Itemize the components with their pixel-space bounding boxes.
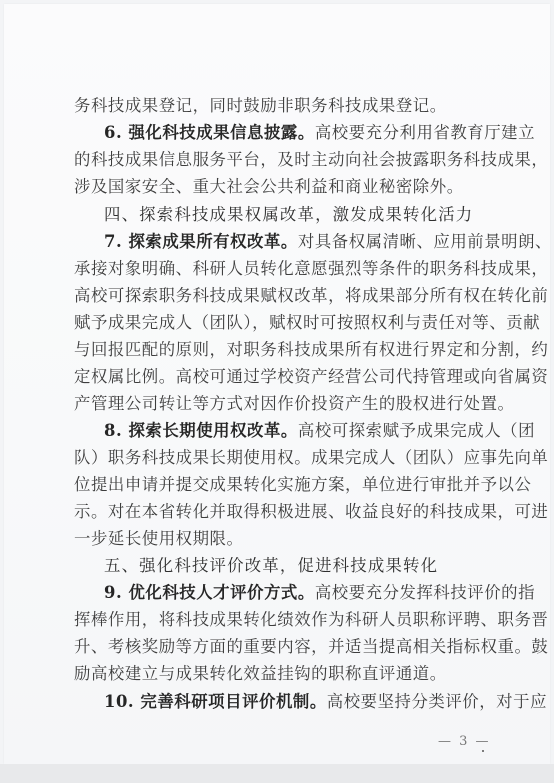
line-text: 与回报匹配的原则，对职务科技成果所有权进行界定和分割，约 (74, 340, 548, 359)
line-text: 高校可探索职务科技成果赋权改革，将成果部分所有权在转化前 (74, 286, 548, 305)
paragraph-line: 与回报匹配的原则，对职务科技成果所有权进行界定和分割，约 (74, 340, 494, 360)
paragraph-line: 挥棒作用，将科技成果转化绩效作为科研人员职称评聘、职务晋 (74, 610, 494, 630)
paragraph-line: 升、考核奖励等方面的重要内容，并适当提高相关指标权重。鼓 (74, 637, 494, 657)
line-text: 涉及国家安全、重大社会公共利益和商业秘密除外。 (74, 177, 464, 196)
paragraph-line: 产管理公司转让等方式对因作价投资产生的股权进行处置。 (74, 394, 494, 414)
line-text: 定权属比例。高校可通过学校资产经营公司代持管理或向省属资 (74, 367, 548, 386)
paragraph-line: 高校可探索职务科技成果赋权改革，将成果部分所有权在转化前 (74, 286, 494, 306)
item-7-title: 7. 探索成果所有权改革。 (104, 232, 298, 251)
item-7-title-line: 7. 探索成果所有权改革。对具备权属清晰、应用前景明朗、 (104, 232, 524, 252)
section-heading-4: 四、探索科技成果权属改革，激发成果转化活力 (104, 205, 524, 225)
section-heading-5: 五、强化科技评价改革，促进科技成果转化 (104, 556, 524, 576)
line-text: 产管理公司转让等方式对因作价投资产生的股权进行处置。 (74, 394, 514, 413)
paragraph-line: 励高校建立与成果转化效益挂钩的职称直评通道。 (74, 664, 494, 684)
paragraph-line: 示。对在本省转化并取得积极进展、收益良好的科技成果，可进 (74, 502, 494, 522)
item-10-title-line: 10. 完善科研项目评价机制。高校要坚持分类评价，对于应 (104, 692, 524, 712)
scan-speck (482, 750, 484, 752)
item-8-title-line: 8. 探索长期使用权改革。高校可探索赋予成果完成人（团 (104, 421, 524, 441)
item-9-title-line: 9. 优化科技人才评价方式。高校要充分发挥科技评价的指 (104, 583, 524, 603)
line-text: 高校要坚持分类评价，对于应 (327, 692, 547, 711)
paragraph-line: 务科技成果登记，同时鼓励非职务科技成果登记。 (74, 96, 494, 116)
paragraph-line: 位提出申请并提交成果转化实施方案，单位进行审批并予以公 (74, 475, 494, 495)
paragraph-line: 一步延长使用权期限。 (74, 529, 494, 549)
line-text: 挥棒作用，将科技成果转化绩效作为科研人员职称评聘、职务晋 (74, 610, 548, 629)
line-text: 升、考核奖励等方面的重要内容，并适当提高相关指标权重。鼓 (74, 637, 548, 656)
paragraph-line: 涉及国家安全、重大社会公共利益和商业秘密除外。 (74, 177, 494, 197)
heading-text: 五、强化科技评价改革，促进科技成果转化 (104, 556, 438, 575)
paragraph-line: 的科技成果信息服务平台，及时主动向社会披露职务科技成果， (74, 150, 494, 170)
item-6-title: 6. 强化科技成果信息披露。 (104, 123, 315, 142)
line-text: 高校要充分利用省教育厅建立 (315, 123, 535, 142)
page-number: — 3 — (438, 734, 491, 749)
line-text: 高校要充分发挥科技评价的指 (315, 583, 535, 602)
paragraph-line: 定权属比例。高校可通过学校资产经营公司代持管理或向省属资 (74, 367, 494, 387)
line-text: 承接对象明确、科研人员转化意愿强烈等条件的职务科技成果， (74, 259, 548, 278)
line-text: 示。对在本省转化并取得积极进展、收益良好的科技成果，可进 (74, 502, 548, 521)
paragraph-line: 承接对象明确、科研人员转化意愿强烈等条件的职务科技成果， (74, 259, 494, 279)
line-text: 高校可探索赋予成果完成人（团 (298, 421, 535, 440)
paragraph-line: 赋予成果完成人（团队），赋权时可按照权利与责任对等、贡献 (74, 313, 494, 333)
scan-bottom-edge (0, 764, 554, 783)
line-text: 对具备权属清晰、应用前景明朗、 (298, 232, 552, 251)
item-9-title: 9. 优化科技人才评价方式。 (104, 583, 315, 602)
paragraph-line: 队）职务科技成果长期使用权。成果完成人（团队）应事先向单 (74, 448, 494, 468)
line-text: 务科技成果登记，同时鼓励非职务科技成果登记。 (74, 96, 447, 115)
heading-text: 四、探索科技成果权属改革，激发成果转化活力 (104, 205, 473, 224)
line-text: 的科技成果信息服务平台，及时主动向社会披露职务科技成果， (74, 150, 548, 169)
line-text: 一步延长使用权期限。 (74, 529, 243, 548)
line-text: 队）职务科技成果长期使用权。成果完成人（团队）应事先向单 (74, 448, 548, 467)
item-10-title: 10. 完善科研项目评价机制。 (104, 692, 327, 711)
item-6-title-line: 6. 强化科技成果信息披露。高校要充分利用省教育厅建立 (104, 123, 524, 143)
line-text: 赋予成果完成人（团队），赋权时可按照权利与责任对等、贡献 (74, 313, 540, 332)
item-8-title: 8. 探索长期使用权改革。 (104, 421, 298, 440)
line-text: 励高校建立与成果转化效益挂钩的职称直评通道。 (74, 664, 447, 683)
line-text: 位提出申请并提交成果转化实施方案，单位进行审批并予以公 (74, 475, 531, 494)
